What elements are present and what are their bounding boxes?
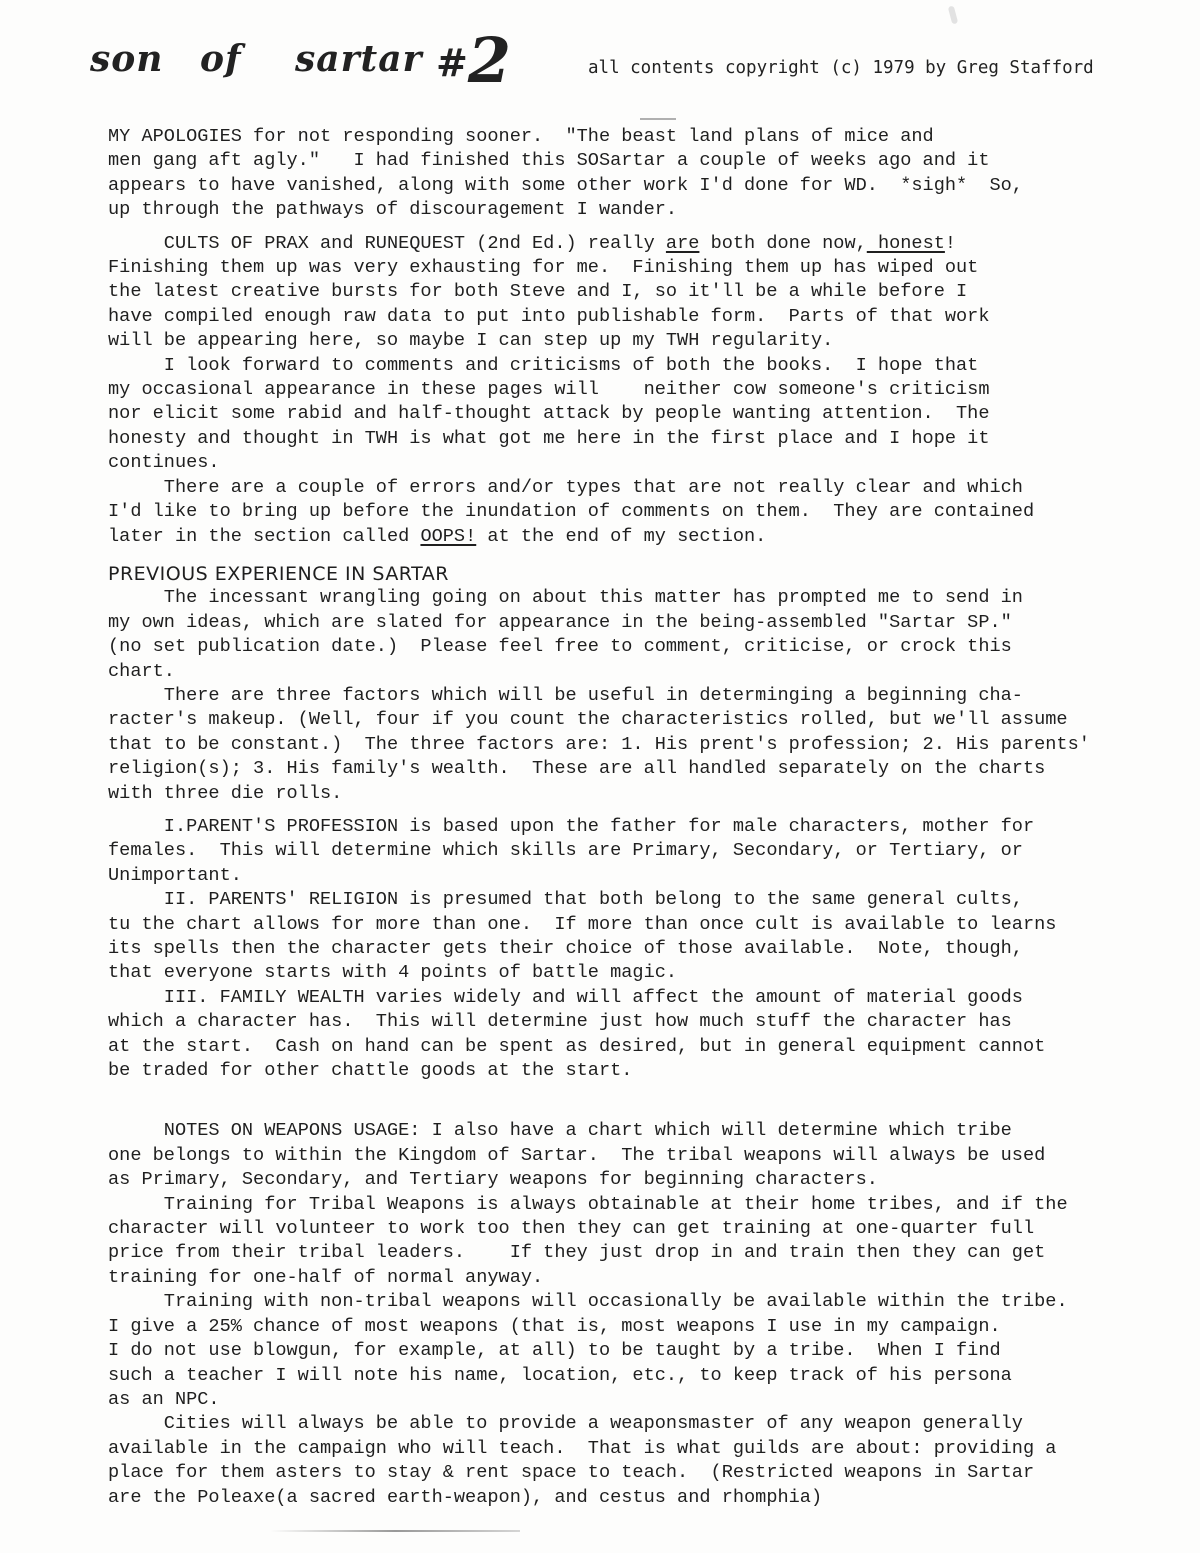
scan-artifact <box>948 6 958 25</box>
paragraph-wrangling: The incessant wrangling going on about t… <box>108 586 1148 684</box>
text-run: both done now, <box>699 233 866 254</box>
title-word: of <box>200 38 295 80</box>
underlined-text: are <box>666 233 699 254</box>
document-page: sonofsartar #2 all contents copyright (c… <box>0 0 1200 1553</box>
copyright-notice: all contents copyright (c) 1979 by Greg … <box>588 58 1094 78</box>
paragraph-cults-of-prax: CULTS OF PRAX and RUNEQUEST (2nd Ed.) re… <box>108 232 1148 354</box>
paragraph-parent-profession: I.PARENT'S PROFESSION is based upon the … <box>108 815 1148 888</box>
paragraph-cities: Cities will always be able to provide a … <box>108 1412 1148 1510</box>
scan-artifact <box>640 118 676 120</box>
title-word: son <box>90 38 200 80</box>
scan-artifact <box>270 1530 520 1532</box>
oops-reference: OOPS! <box>420 526 476 547</box>
issue-number: #2 <box>436 24 511 97</box>
paragraph-errors: There are a couple of errors and/or type… <box>108 476 1148 549</box>
masthead: sonofsartar #2 all contents copyright (c… <box>90 38 1180 98</box>
paragraph-parents-religion: II. PARENTS' RELIGION is presumed that b… <box>108 888 1148 986</box>
paragraph-family-wealth: III. FAMILY WEALTH varies widely and wil… <box>108 986 1148 1084</box>
paragraph-tribal-training: Training for Tribal Weapons is always ob… <box>108 1193 1148 1291</box>
text-run: at the end of my section. <box>476 526 766 547</box>
newsletter-title: sonofsartar <box>90 38 435 80</box>
paragraph-non-tribal-training: Training with non-tribal weapons will oc… <box>108 1290 1148 1412</box>
underlined-text: honest <box>867 233 945 254</box>
section-heading: PREVIOUS EXPERIENCE IN SARTAR <box>108 562 1148 586</box>
paragraph-weapons-notes: NOTES ON WEAPONS USAGE: I also have a ch… <box>108 1119 1148 1192</box>
paragraph-apologies: MY APOLOGIES for not responding sooner. … <box>108 125 1148 223</box>
title-word: sartar <box>295 38 435 80</box>
paragraph-comments: I look forward to comments and criticism… <box>108 354 1148 476</box>
issue-prefix: # <box>436 40 468 85</box>
text-run: CULTS OF PRAX and RUNEQUEST (2nd Ed.) re… <box>108 233 666 254</box>
paragraph-three-factors: There are three factors which will be us… <box>108 684 1148 806</box>
article-body: MY APOLOGIES for not responding sooner. … <box>108 125 1148 1510</box>
issue-digit: 2 <box>468 24 511 97</box>
